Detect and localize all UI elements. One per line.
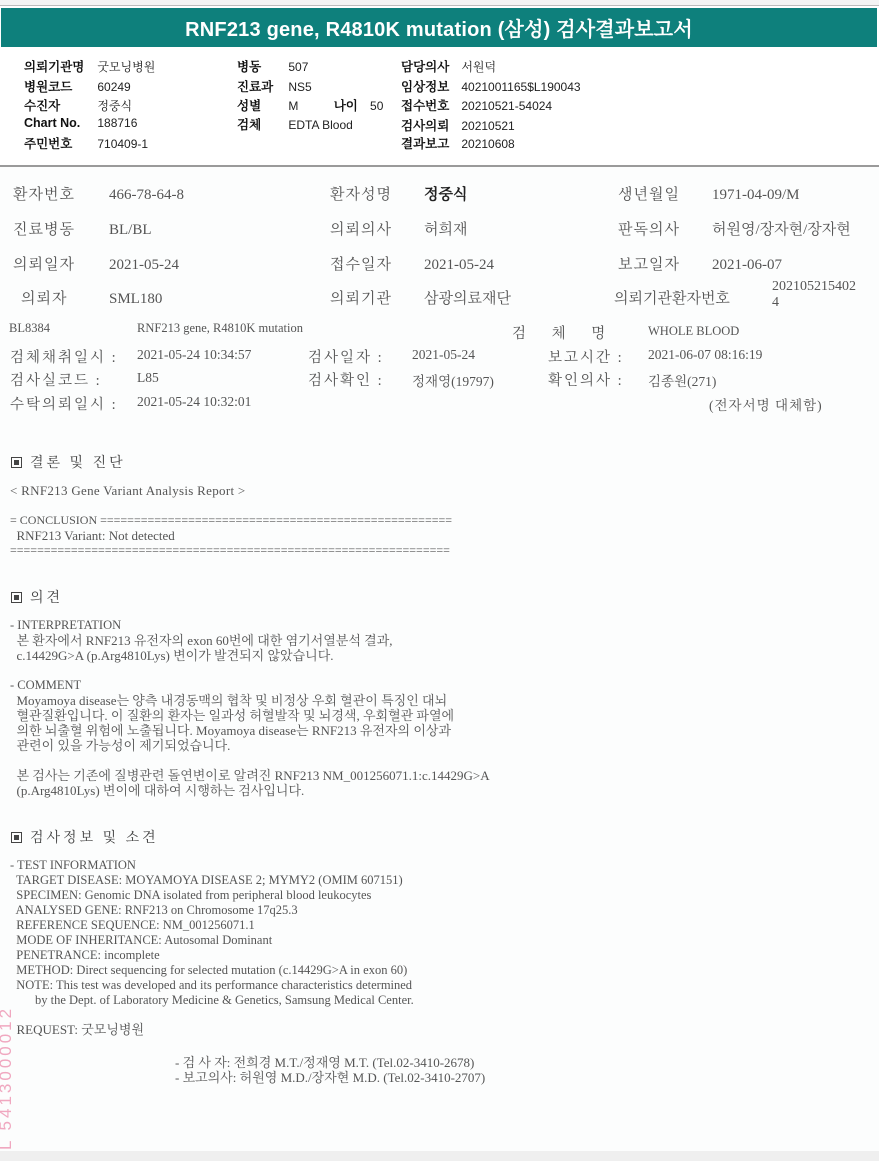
patient-field: 생년월일1971-04-09/M	[618, 183, 800, 204]
summary-value: 188716	[97, 116, 137, 130]
consign-label: 수탁의뢰일시 :	[10, 393, 118, 414]
comment-line: 의한 뇌출혈 위험에 노출됩니다. Moyamoya disease는 RNF2…	[10, 723, 451, 738]
summary-label: 의뢰기관명	[24, 57, 94, 75]
testinfo-line: by the Dept. of Laboratory Medicine & Ge…	[10, 993, 414, 1008]
summary-value: 507	[288, 60, 308, 74]
field-label: 환자성명	[330, 183, 424, 204]
summary-value: 정중식	[97, 97, 132, 114]
patient-field: 의뢰기관환자번호	[614, 287, 772, 308]
field-value: 허희재	[424, 222, 467, 238]
interpretation-title: - INTERPRETATION	[10, 618, 121, 633]
section-title: 검사정보 및 소견	[30, 827, 159, 847]
field-value: 1971-04-09/M	[712, 187, 800, 203]
summary-row-patient: 수진자 정중식	[24, 96, 132, 114]
patient-field-value-multiline: 202105215402 4	[772, 279, 856, 311]
field-label: 접수일자	[330, 253, 424, 274]
field-value-line1: 202105215402	[772, 279, 856, 295]
summary-label-age: 나이	[334, 96, 367, 114]
interpretation-line: c.14429G>A (p.Arg4810Lys) 변이가 발견되지 않았습니다…	[10, 648, 334, 663]
comment-line: 본 검사는 기존에 질병관련 돌연변이로 알려진 RNF213 NM_00125…	[10, 768, 490, 783]
section-heading-test-info: 검사정보 및 소견	[11, 827, 159, 847]
esign-note: (전자서명 대체함)	[709, 394, 823, 414]
field-label: 생년월일	[618, 183, 712, 204]
field-value: 2021-06-07	[712, 257, 782, 273]
summary-label: 성별	[237, 96, 285, 114]
lab-code-value: L85	[137, 370, 159, 386]
summary-row-department: 진료과 NS5	[237, 77, 312, 95]
field-label: 의뢰자	[21, 287, 109, 308]
summary-value-age: 50	[370, 99, 383, 113]
summary-row-specimen: 검체 EDTA Blood	[237, 115, 353, 133]
field-label: 보고일자	[618, 253, 712, 274]
summary-row-sex-age: 성별 M 나이 50	[237, 96, 383, 114]
summary-value: 20210521	[461, 119, 514, 133]
testinfo-line: MODE OF INHERITANCE: Autosomal Dominant	[10, 933, 272, 948]
patient-field: 환자성명정중식	[330, 183, 467, 204]
field-label: 의뢰기관	[330, 287, 424, 308]
testinfo-line: ANALYSED GENE: RNF213 on Chromosome 17q2…	[10, 903, 298, 918]
confirm-doctor-label: 확인의사 :	[548, 369, 624, 390]
summary-label: 담당의사	[401, 57, 458, 75]
testinfo-line: TARGET DISEASE: MOYAMOYA DISEASE 2; MYMY…	[10, 873, 403, 888]
testinfo-line: NOTE: This test was developed and its pe…	[10, 978, 412, 993]
summary-label: 결과보고	[401, 134, 458, 152]
window-top-edge	[0, 0, 879, 6]
conclusion-result: RNF213 Variant: Not detected	[10, 528, 175, 543]
vertical-stamp-number: L 5413000012	[0, 1010, 16, 1150]
testinfo-line: REFERENCE SEQUENCE: NM_001256071.1	[10, 918, 255, 933]
confirm-value: 정재영(19797)	[412, 370, 494, 390]
patient-field: 의뢰의사허희재	[330, 218, 467, 239]
summary-label: 임상정보	[401, 77, 458, 95]
signature-line-reporter: - 보고의사: 허원영 M.D./장자현 M.D. (Tel.02-3410-2…	[175, 1070, 485, 1085]
confirm-label: 검사확인 :	[308, 369, 384, 390]
patient-field: 의뢰자SML180	[21, 287, 162, 308]
summary-row-hospital-code: 병원코드 60249	[24, 77, 131, 95]
collection-label: 검체채취일시 :	[10, 346, 118, 367]
field-value: BL/BL	[109, 222, 152, 238]
summary-value: 4021001165$L190043	[461, 80, 580, 94]
patient-field: 환자번호466-78-64-8	[13, 183, 184, 204]
interpretation-line: 본 환자에서 RNF213 유전자의 exon 60번에 대한 염기서열분석 결…	[10, 633, 393, 648]
collection-value: 2021-05-24 10:34:57	[137, 347, 251, 363]
summary-row-doctor: 담당의사 서원덕	[401, 57, 496, 75]
field-value: 2021-05-24	[424, 257, 494, 273]
summary-label: 검체	[237, 115, 285, 133]
field-value-line2: 4	[772, 295, 856, 311]
section-heading-opinion: 의견	[11, 587, 63, 607]
lab-code-label: 검사실코드 :	[10, 369, 102, 390]
page-bottom-margin	[0, 1151, 879, 1161]
summary-value: M	[288, 99, 330, 113]
consign-value: 2021-05-24 10:32:01	[137, 394, 251, 410]
report-time-label: 보고시간 :	[548, 346, 624, 367]
summary-value: 710409-1	[97, 137, 148, 151]
section-heading-conclusion: 결론 및 진단	[11, 452, 126, 472]
field-value: 허원영/장자현/장자현	[712, 222, 851, 238]
patient-field: 의뢰기관삼광의료재단	[330, 287, 511, 308]
conclusion-rule-bottom: ========================================…	[10, 543, 450, 558]
summary-label: 검사의뢰	[401, 116, 458, 134]
summary-row-result-report: 결과보고 20210608	[401, 134, 515, 152]
comment-title: - COMMENT	[10, 678, 81, 693]
testinfo-line: METHOD: Direct sequencing for selected m…	[10, 963, 407, 978]
testinfo-line: PENETRANCE: incomplete	[10, 948, 160, 963]
specimen-label: 검 체 명	[512, 322, 616, 343]
report-title: RNF213 gene, R4810K mutation (삼성) 검사결과보고…	[185, 13, 693, 42]
summary-label: 진료과	[237, 77, 285, 95]
summary-label: 수진자	[24, 96, 94, 114]
test-name: RNF213 gene, R4810K mutation	[137, 321, 303, 336]
summary-label: 병동	[237, 57, 285, 75]
square-bullet-icon	[11, 832, 22, 843]
summary-row-test-request: 검사의뢰 20210521	[401, 116, 515, 134]
field-label: 환자번호	[13, 183, 109, 204]
summary-row-resident-no: 주민번호 710409-1	[24, 134, 148, 152]
summary-row-clinical-info: 임상정보 4021001165$L190043	[401, 77, 581, 95]
confirm-doctor-value: 김종원(271)	[648, 370, 716, 390]
report-title-bar: RNF213 gene, R4810K mutation (삼성) 검사결과보고…	[1, 8, 877, 47]
summary-label: 접수번호	[401, 96, 458, 114]
summary-value: 굿모닝병원	[97, 58, 155, 75]
summary-value: EDTA Blood	[288, 118, 352, 132]
summary-label: 주민번호	[24, 134, 94, 152]
field-value: 466-78-64-8	[109, 187, 184, 203]
field-value: 2021-05-24	[109, 257, 179, 273]
comment-line: (p.Arg4810Lys) 변이에 대하여 시행하는 검사입니다.	[10, 783, 304, 798]
patient-field: 진료병동BL/BL	[13, 218, 152, 239]
specimen-value: WHOLE BLOOD	[648, 324, 739, 339]
field-value: SML180	[109, 291, 162, 307]
test-code: BL8384	[9, 321, 50, 336]
summary-value: NS5	[288, 80, 311, 94]
request-line: REQUEST: 굿모닝병원	[10, 1022, 144, 1037]
comment-line: Moyamoya disease는 양측 내경동맥의 협착 및 비정상 우회 혈…	[10, 693, 447, 708]
signature-line-examiner: - 검 사 자: 전희경 M.T./정재영 M.T. (Tel.02-3410-…	[175, 1055, 474, 1070]
field-label: 의뢰기관환자번호	[614, 287, 772, 308]
test-date-label: 검사일자 :	[308, 346, 384, 367]
conclusion-rule-top: = CONCLUSION ===========================…	[10, 513, 452, 528]
summary-header: 의뢰기관명 굿모닝병원 병원코드 60249 수진자 정중식 Chart No.…	[0, 47, 879, 165]
field-value: 정중식	[424, 187, 467, 203]
comment-line: 관련이 있을 가능성이 제기되었습니다.	[10, 738, 230, 753]
test-date-value: 2021-05-24	[412, 347, 475, 363]
summary-label: 병원코드	[24, 77, 94, 95]
field-label: 판독의사	[618, 218, 712, 239]
patient-field: 접수일자2021-05-24	[330, 253, 494, 274]
patient-field: 보고일자2021-06-07	[618, 253, 782, 274]
patient-field: 의뢰일자2021-05-24	[13, 253, 179, 274]
field-label: 진료병동	[13, 218, 109, 239]
summary-row-chart-no: Chart No. 188716	[24, 116, 137, 130]
summary-value: 서원덕	[461, 58, 496, 75]
testinfo-title: - TEST INFORMATION	[10, 858, 136, 873]
square-bullet-icon	[11, 592, 22, 603]
report-time-value: 2021-06-07 08:16:19	[648, 347, 762, 363]
summary-row-ward: 병동 507	[237, 57, 308, 75]
field-value: 삼광의료재단	[424, 291, 511, 307]
report-subtitle: < RNF213 Gene Variant Analysis Report >	[10, 483, 246, 498]
section-title: 의견	[30, 587, 63, 607]
field-label: 의뢰의사	[330, 218, 424, 239]
summary-value: 20210608	[461, 137, 514, 151]
report-document: 환자번호466-78-64-8 환자성명정중식 생년월일1971-04-09/M…	[0, 167, 879, 1151]
patient-field: 판독의사허원영/장자현/장자현	[618, 218, 851, 239]
summary-label: Chart No.	[24, 116, 94, 130]
testinfo-line: SPECIMEN: Genomic DNA isolated from peri…	[10, 888, 371, 903]
section-title: 결론 및 진단	[30, 452, 126, 472]
summary-row-receipt-no: 접수번호 20210521-54024	[401, 96, 552, 114]
comment-line: 혈관질환입니다. 이 질환의 환자는 일과성 허혈발작 및 뇌경색, 우회혈관 …	[10, 708, 454, 723]
square-bullet-icon	[11, 457, 22, 468]
summary-value: 60249	[97, 80, 130, 94]
summary-value: 20210521-54024	[461, 99, 552, 113]
summary-row-institution: 의뢰기관명 굿모닝병원	[24, 57, 155, 75]
field-label: 의뢰일자	[13, 253, 109, 274]
